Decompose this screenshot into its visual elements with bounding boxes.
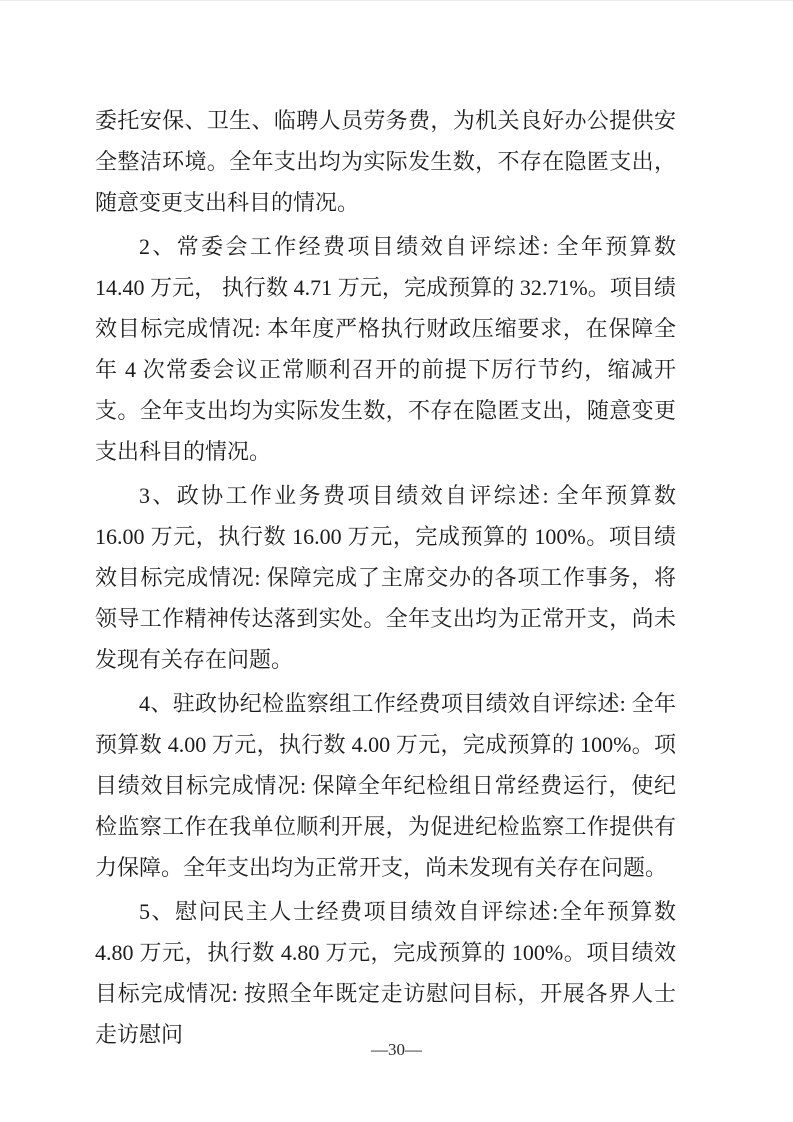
- paragraph-security-cleaning-expense: 委托安保、卫生、临聘人员劳务费，为机关良好办公提供安全整洁环境。全年支出均为实际…: [95, 100, 676, 223]
- document-page: 委托安保、卫生、临聘人员劳务费，为机关良好办公提供安全整洁环境。全年支出均为实际…: [0, 0, 793, 1122]
- body-text: 委托安保、卫生、临聘人员劳务费，为机关良好办公提供安全整洁环境。全年支出均为实际…: [95, 100, 676, 1058]
- paragraph-discipline-inspection-expense: 4、驻政协纪检监察组工作经费项目绩效自评综述: 全年预算数 4.00 万元，执行…: [95, 683, 676, 888]
- paragraph-standing-committee-expense: 2、常委会工作经费项目绩效自评综述: 全年预算数 14.40 万元， 执行数 4…: [95, 226, 676, 472]
- paragraph-condolence-expense: 5、慰问民主人士经费项目绩效自评综述:全年预算数 4.80 万元，执行数 4.8…: [95, 891, 676, 1055]
- paragraph-cppcc-work-expense: 3、政协工作业务费项目绩效自评综述: 全年预算数 16.00 万元，执行数 16…: [95, 475, 676, 680]
- page-number: —30—: [0, 1039, 793, 1061]
